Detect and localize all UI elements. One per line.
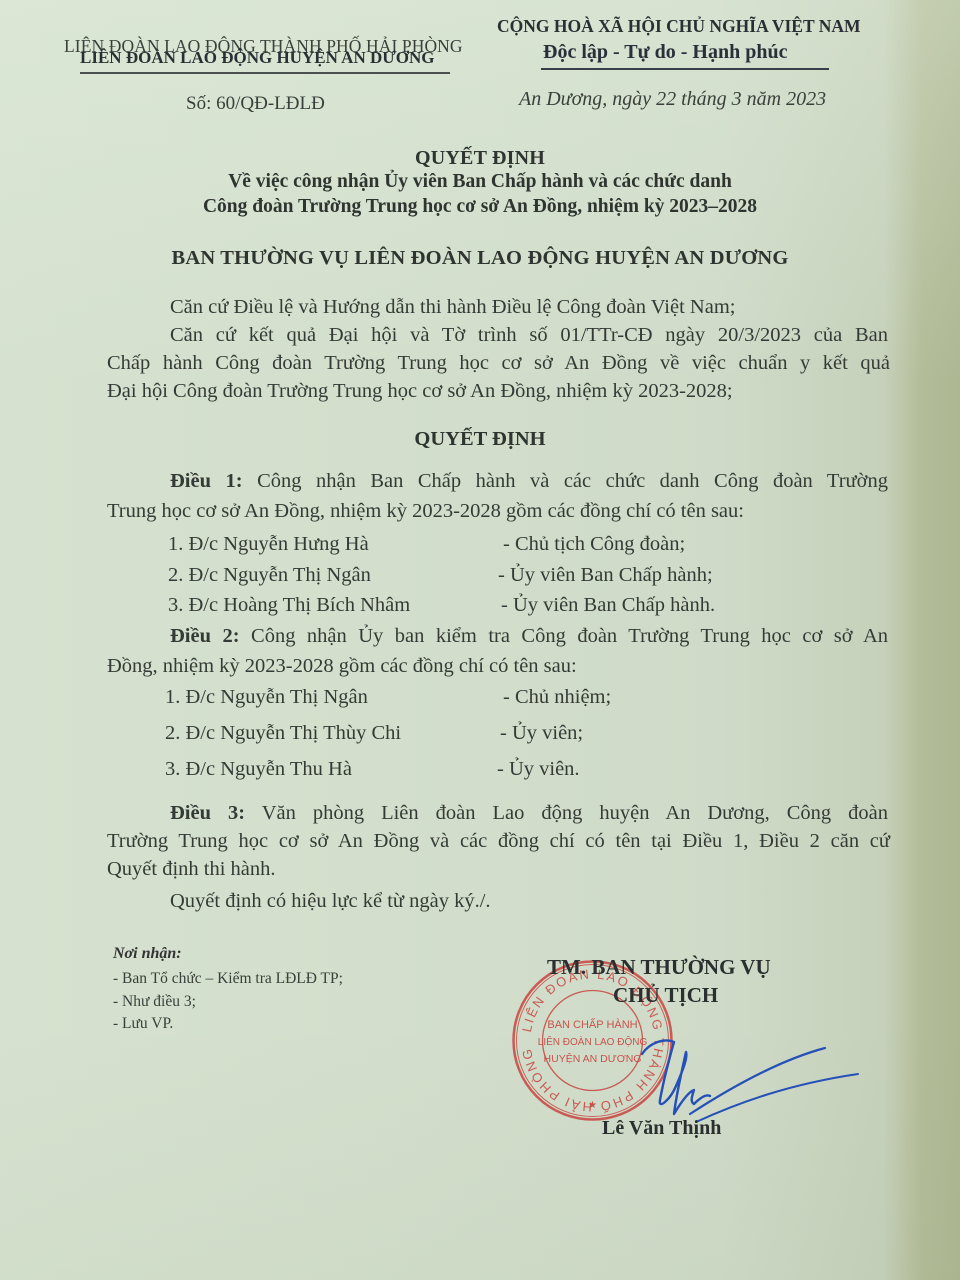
- article-2-label: Điều 2:: [170, 625, 240, 647]
- issuing-authority: BAN THƯỜNG VỤ LIÊN ĐOÀN LAO ĐỘNG HUYỆN A…: [0, 247, 960, 270]
- signature-on-behalf: TM. BAN THƯỜNG VỤ: [547, 955, 771, 980]
- article-2-member-role: - Ủy viên;: [500, 722, 583, 745]
- article-1-member-name: 2. Đ/c Nguyễn Thị Ngân: [168, 564, 371, 587]
- article-2-member-name: 3. Đ/c Nguyễn Thu Hà: [165, 758, 352, 781]
- decision-heading: QUYẾT ĐỊNH: [0, 428, 960, 451]
- svg-text:BAN CHẤP HÀNH: BAN CHẤP HÀNH: [547, 1018, 637, 1031]
- svg-text:★: ★: [588, 1100, 597, 1111]
- preamble-line-1: Căn cứ Điều lệ và Hướng dẫn thi hành Điề…: [170, 296, 735, 319]
- article-3-line-1: Điều 3: Văn phòng Liên đoàn Lao động huy…: [170, 802, 888, 825]
- article-1-member-name: 1. Đ/c Nguyễn Hưng Hà: [168, 533, 369, 556]
- preamble-line-4: Đại hội Công đoàn Trường Trung học cơ sở…: [107, 380, 733, 403]
- preamble-line-3: Chấp hành Công đoàn Trường Trung học cơ …: [107, 352, 890, 375]
- place-date: An Dương, ngày 22 tháng 3 năm 2023: [519, 88, 826, 111]
- article-1-member-role: - Ủy viên Ban Chấp hành;: [498, 564, 713, 587]
- document-title: QUYẾT ĐỊNH: [0, 147, 960, 170]
- subject-line-2: Công đoàn Trường Trung học cơ sở An Đồng…: [0, 196, 960, 218]
- subject-line-1: Về việc công nhận Ủy viên Ban Chấp hành …: [0, 171, 960, 193]
- recipient-item: - Lưu VP.: [113, 1015, 173, 1033]
- article-2-line-2: Đồng, nhiệm kỳ 2023-2028 gồm các đồng ch…: [107, 655, 577, 678]
- preamble-line-2: Căn cứ kết quả Đại hội và Tờ trình số 01…: [170, 324, 888, 347]
- document-number: Số: 60/QĐ-LĐLĐ: [186, 93, 325, 115]
- national-title: CỘNG HOÀ XÃ HỘI CHỦ NGHĨA VIỆT NAM: [497, 16, 860, 37]
- recipient-item: - Ban Tổ chức – Kiểm tra LĐLĐ TP;: [113, 970, 343, 988]
- recipient-item: - Như điều 3;: [113, 993, 196, 1011]
- article-3-line-2: Trường Trung học cơ sở An Đồng và các đồ…: [107, 830, 890, 853]
- signature-position: CHỦ TỊCH: [613, 983, 718, 1008]
- article-2-member-role: - Ủy viên.: [497, 758, 580, 781]
- issuing-organization: LIÊN ĐOÀN LAO ĐỘNG HUYỆN AN DƯƠNG: [80, 48, 435, 68]
- recipients-title: Nơi nhận:: [113, 945, 182, 963]
- issuer-underline: [80, 72, 450, 74]
- effective-clause: Quyết định có hiệu lực kể từ ngày ký./.: [170, 890, 491, 913]
- article-2-member-name: 2. Đ/c Nguyễn Thị Thùy Chi: [165, 722, 401, 745]
- national-motto: Độc lập - Tự do - Hạnh phúc: [543, 41, 787, 64]
- article-1-line-1: Điều 1: Công nhận Ban Chấp hành và các c…: [170, 470, 888, 493]
- article-1-line-2: Trung học cơ sở An Đồng, nhiệm kỳ 2023-2…: [107, 500, 744, 523]
- article-1-label: Điều 1:: [170, 470, 243, 492]
- svg-text:HUYỆN AN DƯƠNG: HUYỆN AN DƯƠNG: [544, 1052, 642, 1065]
- article-1-member-name: 3. Đ/c Hoàng Thị Bích Nhâm: [168, 594, 410, 617]
- article-2-member-name: 1. Đ/c Nguyễn Thị Ngân: [165, 686, 368, 709]
- article-3-line-3: Quyết định thi hành.: [107, 858, 276, 881]
- signer-name: Lê Văn Thịnh: [602, 1117, 721, 1140]
- article-2-line-1: Điều 2: Công nhận Ủy ban kiểm tra Công đ…: [170, 625, 888, 648]
- article-2-member-role: - Chủ nhiệm;: [503, 686, 611, 709]
- article-1-member-role: - Ủy viên Ban Chấp hành.: [501, 594, 715, 617]
- article-3-label: Điều 3:: [170, 802, 245, 824]
- motto-underline: [541, 68, 829, 70]
- article-1-member-role: - Chủ tịch Công đoàn;: [503, 533, 685, 556]
